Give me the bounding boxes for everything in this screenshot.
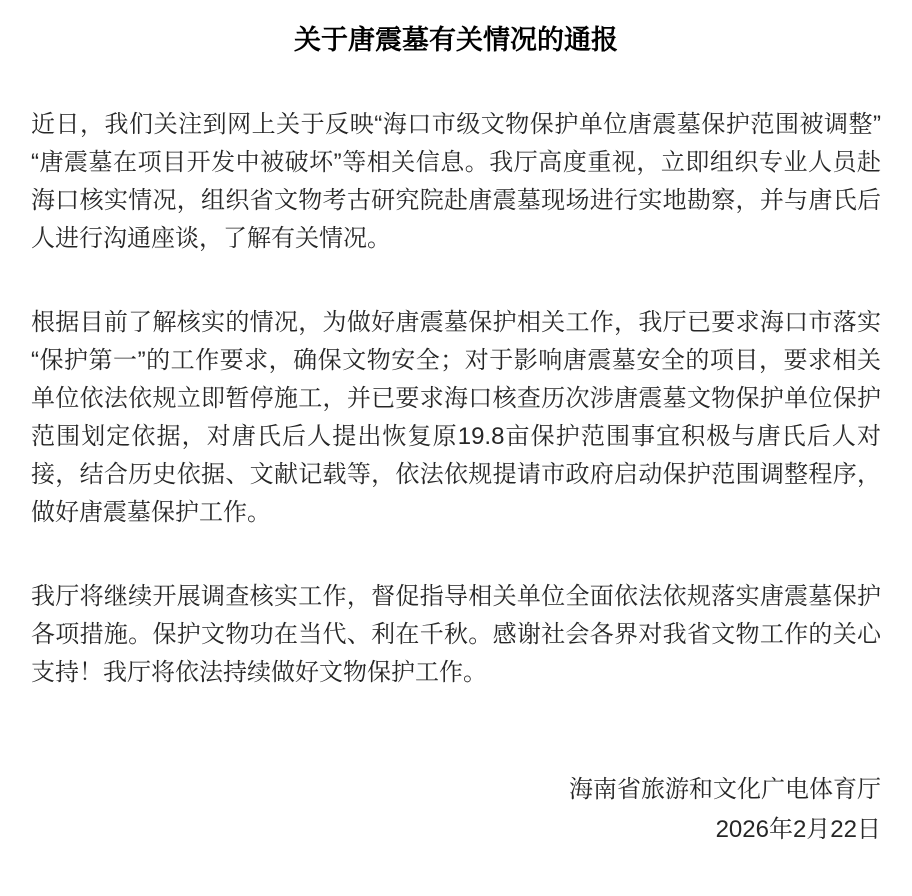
notice-document: 关于唐震墓有关情况的通报 近日，我们关注到网上关于反映“海口市级文物保护单位唐震… xyxy=(31,20,881,850)
paragraph-3: 我厅将继续开展调查核实工作，督促指导相关单位全面依法依规落实唐震墓保护各项措施。… xyxy=(31,578,881,692)
issuing-authority: 海南省旅游和文化广电体育厅 xyxy=(31,770,881,810)
signature-block: 海南省旅游和文化广电体育厅 2026年2月22日 xyxy=(31,770,881,850)
paragraph-2: 根据目前了解核实的情况，为做好唐震墓保护相关工作，我厅已要求海口市落实“保护第一… xyxy=(31,304,881,532)
paragraph-1: 近日，我们关注到网上关于反映“海口市级文物保护单位唐震墓保护范围被调整”“唐震墓… xyxy=(31,106,881,258)
document-title: 关于唐震墓有关情况的通报 xyxy=(31,20,881,60)
document-page: { "document": { "title": "关于唐震墓有关情况的通报",… xyxy=(0,20,912,896)
issue-date: 2026年2月22日 xyxy=(31,810,881,850)
